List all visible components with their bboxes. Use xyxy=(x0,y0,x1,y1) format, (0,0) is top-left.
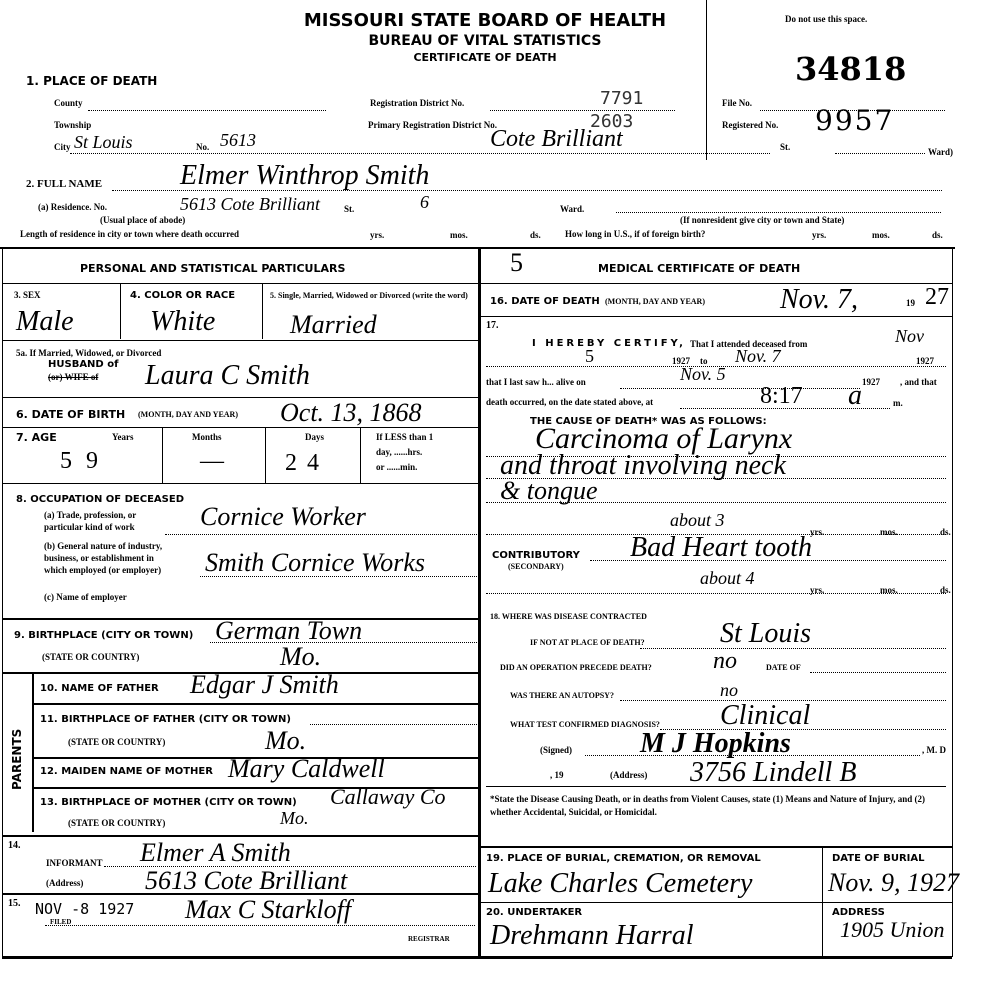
industry-label-3: which employed (or employer) xyxy=(44,565,161,575)
length-ds: ds. xyxy=(530,230,541,240)
autopsy-value: no xyxy=(720,680,738,701)
physician-address-label: (Address) xyxy=(610,770,647,780)
length-mos: mos. xyxy=(450,230,468,240)
burial-place-value: Lake Charles Cemetery xyxy=(488,868,752,900)
personal-section-title: PERSONAL AND STATISTICAL PARTICULARS xyxy=(80,262,345,275)
father-name-label: 10. NAME OF FATHER xyxy=(40,683,159,694)
father-birthplace-label: 11. BIRTHPLACE OF FATHER (CITY OR TOWN) xyxy=(40,714,291,725)
trade-label-1: (a) Trade, profession, or xyxy=(44,510,136,520)
date-of-death-label: 16. DATE OF DEATH xyxy=(490,296,600,307)
dob-label: 6. DATE OF BIRTH xyxy=(16,408,125,421)
form-subtitle: BUREAU OF VITAL STATISTICS xyxy=(300,33,670,49)
years-label: Years xyxy=(112,432,134,442)
years-value: 59 xyxy=(60,448,112,475)
date-of-death-year-value: 27 xyxy=(925,284,949,311)
industry-label-2: business, or establishment in xyxy=(44,553,154,563)
last-saw-text: that I last saw h... alive on xyxy=(486,377,586,387)
informant-label: INFORMANT xyxy=(46,858,103,868)
date-of-death-value: Nov. 7, xyxy=(780,284,858,316)
date-of-death-year-prefix: 19 xyxy=(906,298,915,308)
informant-address-value: 5613 Cote Brilliant xyxy=(145,866,347,896)
residence-ward-value: 6 xyxy=(420,192,429,213)
date-of-label: DATE OF xyxy=(766,663,801,672)
residence-st-label: St. xyxy=(344,204,354,214)
us-mos: mos. xyxy=(872,230,890,240)
certificate-number: 34818 xyxy=(795,50,906,88)
operation-label: DID AN OPERATION PRECEDE DEATH? xyxy=(500,663,652,672)
full-name-label: 2. FULL NAME xyxy=(26,178,102,190)
last-saw-year: 1927 xyxy=(862,377,880,387)
attended-from-month: Nov xyxy=(895,326,924,347)
marital-value: Married xyxy=(290,310,377,340)
industry-label-1: (b) General nature of industry, xyxy=(44,541,162,551)
file-no-label: File No. xyxy=(722,98,752,108)
length-residence-label: Length of residence in city or town wher… xyxy=(20,229,239,239)
birthplace-state-value: Mo. xyxy=(280,642,321,672)
county-label: County xyxy=(54,98,83,108)
burial-date-value: Nov. 9, 1927 xyxy=(828,868,959,898)
date-of-death-hint: (MONTH, DAY AND YEAR) xyxy=(605,297,705,306)
office-use-note: Do not use this space. xyxy=(785,14,867,24)
days-value: 24 xyxy=(285,450,329,477)
father-birthplace-state-label: (STATE OR COUNTRY) xyxy=(68,737,165,747)
registration-district-label: Registration District No. xyxy=(370,98,464,108)
registration-district-value: 7791 xyxy=(600,88,643,109)
trade-value: Cornice Worker xyxy=(200,502,366,532)
contributory-label: CONTRIBUTORY xyxy=(492,550,580,561)
street-value: Cote Brilliant xyxy=(490,126,623,153)
spouse-value: Laura C Smith xyxy=(145,360,310,392)
father-birthplace-value: Mo. xyxy=(265,726,306,756)
place-of-death-heading: 1. PLACE OF DEATH xyxy=(26,74,157,88)
registrar-label: REGISTRAR xyxy=(408,935,450,943)
length-yrs: yrs. xyxy=(370,230,384,240)
certify-number: 17. xyxy=(486,320,499,331)
father-name-value: Edgar J Smith xyxy=(190,670,339,700)
us-yrs: yrs. xyxy=(812,230,826,240)
test-label: WHAT TEST CONFIRMED DIAGNOSIS? xyxy=(510,720,660,729)
street-number-value: 5613 xyxy=(220,130,256,151)
spouse-label-1: 5a. If Married, Widowed, or Divorced xyxy=(16,348,161,358)
township-label: Township xyxy=(54,120,91,130)
spouse-label-2: HUSBAND of xyxy=(48,359,118,370)
marital-label: 5. Single, Married, Widowed or Divorced … xyxy=(270,291,470,300)
days-label: Days xyxy=(305,432,324,442)
medical-margin-mark: 5 xyxy=(510,248,523,278)
attended-to: Nov. 7 xyxy=(735,346,781,367)
contributory-duration: about 4 xyxy=(700,568,755,589)
mother-name-label: 12. MAIDEN NAME OF MOTHER xyxy=(40,766,213,777)
and-that: , and that xyxy=(900,377,937,387)
undertaker-value: Drehmann Harral xyxy=(490,920,694,952)
mother-birthplace-state-label: (STATE OR COUNTRY) xyxy=(68,818,165,828)
filed-number: 15. xyxy=(8,898,21,909)
secondary-label: (SECONDARY) xyxy=(508,562,564,571)
street-no-label: No. xyxy=(196,142,209,152)
spouse-label-3: (or) WIFE of xyxy=(48,372,98,382)
dob-value: Oct. 13, 1868 xyxy=(280,398,422,428)
medical-section-title: MEDICAL CERTIFICATE OF DEATH xyxy=(598,262,800,275)
birthplace-state-label: (STATE OR COUNTRY) xyxy=(42,652,139,662)
undertaker-address-value: 1905 Union xyxy=(840,920,950,940)
mother-name-value: Mary Caldwell xyxy=(228,754,385,784)
city-label: City xyxy=(54,142,71,152)
informant-number: 14. xyxy=(8,840,21,851)
dob-hint: (MONTH, DAY AND YEAR) xyxy=(138,410,238,419)
physician-address-value: 3756 Lindell B xyxy=(690,757,856,789)
burial-date-label: DATE OF BURIAL xyxy=(832,853,925,864)
date-prefix: , 19 xyxy=(550,770,564,780)
burial-place-label: 19. PLACE OF BURIAL, CREMATION, OR REMOV… xyxy=(486,853,761,864)
where-contracted-label: 18. WHERE WAS DISEASE CONTRACTED xyxy=(490,612,647,621)
sex-label: 3. SEX xyxy=(14,290,41,300)
informant-value: Elmer A Smith xyxy=(140,838,291,868)
time-value: 8:17 xyxy=(760,383,803,410)
last-saw-value: Nov. 5 xyxy=(680,364,726,385)
registered-no-label: Registered No. xyxy=(722,120,778,130)
trade-label-2: particular kind of work xyxy=(44,522,135,532)
how-long-us-label: How long in U.S., if of foreign birth? xyxy=(565,229,705,239)
primary-registration-label: Primary Registration District No. xyxy=(368,120,497,130)
operation-value: no xyxy=(713,648,737,675)
md-label: , M. D xyxy=(922,745,946,755)
cause-duration: about 3 xyxy=(670,510,725,531)
mother-birthplace-label: 13. BIRTHPLACE OF MOTHER (CITY OR TOWN) xyxy=(40,797,297,808)
less-than-label-2: day, ......hrs. xyxy=(376,447,422,457)
undertaker-label: 20. UNDERTAKER xyxy=(486,907,582,918)
age-label: 7. AGE xyxy=(16,431,57,444)
signed-label: (Signed) xyxy=(540,745,572,755)
less-than-label-1: If LESS than 1 xyxy=(376,432,433,442)
ward-label: Ward) xyxy=(928,147,953,157)
full-name-value: Elmer Winthrop Smith xyxy=(180,160,429,192)
mother-birthplace-city-value: Callaway Co xyxy=(330,784,446,810)
attended-from-day: 5 xyxy=(585,346,594,367)
birthplace-label: 9. BIRTHPLACE (CITY OR TOWN) xyxy=(14,630,193,641)
autopsy-label: WAS THERE AN AUTOPSY? xyxy=(510,691,614,700)
city-value: St Louis xyxy=(74,132,133,153)
sex-value: Male xyxy=(16,306,74,338)
certificate-type: CERTIFICATE OF DEATH xyxy=(330,51,640,64)
less-than-label-3: or ......min. xyxy=(376,462,417,472)
industry-value: Smith Cornice Works xyxy=(205,548,425,578)
cause-duration-ds: ds. xyxy=(940,527,951,537)
if-not-label: IF NOT AT PLACE OF DEATH? xyxy=(530,638,645,647)
mother-birthplace-state-value: Mo. xyxy=(280,808,309,829)
filed-date-value: NOV -8 1927 xyxy=(35,900,134,918)
nonresident-note: (If nonresident give city or town and St… xyxy=(680,215,844,225)
us-ds: ds. xyxy=(932,230,943,240)
form-title: MISSOURI STATE BOARD OF HEALTH xyxy=(270,10,700,31)
registered-no-value: 9957 xyxy=(815,104,894,137)
months-label: Months xyxy=(192,432,222,442)
months-value: — xyxy=(200,448,224,475)
informant-address-label: (Address) xyxy=(46,878,83,888)
occupation-label: 8. OCCUPATION OF DECEASED xyxy=(16,494,184,505)
where-contracted-value: St Louis xyxy=(720,618,811,650)
footnote: *State the Disease Causing Death, or in … xyxy=(490,793,945,819)
employer-label: (c) Name of employer xyxy=(44,592,127,602)
time-suffix: m. xyxy=(893,398,903,408)
residence-ward-label: Ward. xyxy=(560,204,584,214)
race-value: White xyxy=(150,306,215,338)
cause-duration-yrs: yrs. xyxy=(810,527,824,537)
abode-note: (Usual place of abode) xyxy=(100,215,185,225)
st-label: St. xyxy=(780,142,790,152)
registrar-value: Max C Starkloff xyxy=(185,895,351,925)
cause-duration-mos: mos. xyxy=(880,527,898,537)
race-label: 4. COLOR OR RACE xyxy=(130,290,235,301)
certify-lead: I HEREBY CERTIFY, xyxy=(532,338,686,349)
death-occurred-text: death occurred, on the date stated above… xyxy=(486,397,653,407)
attended-to-year: 1927 xyxy=(916,356,934,366)
parents-side-label: PARENTS xyxy=(10,729,24,790)
residence-value: 5613 Cote Brilliant xyxy=(180,194,320,215)
residence-label: (a) Residence. No. xyxy=(38,202,107,212)
